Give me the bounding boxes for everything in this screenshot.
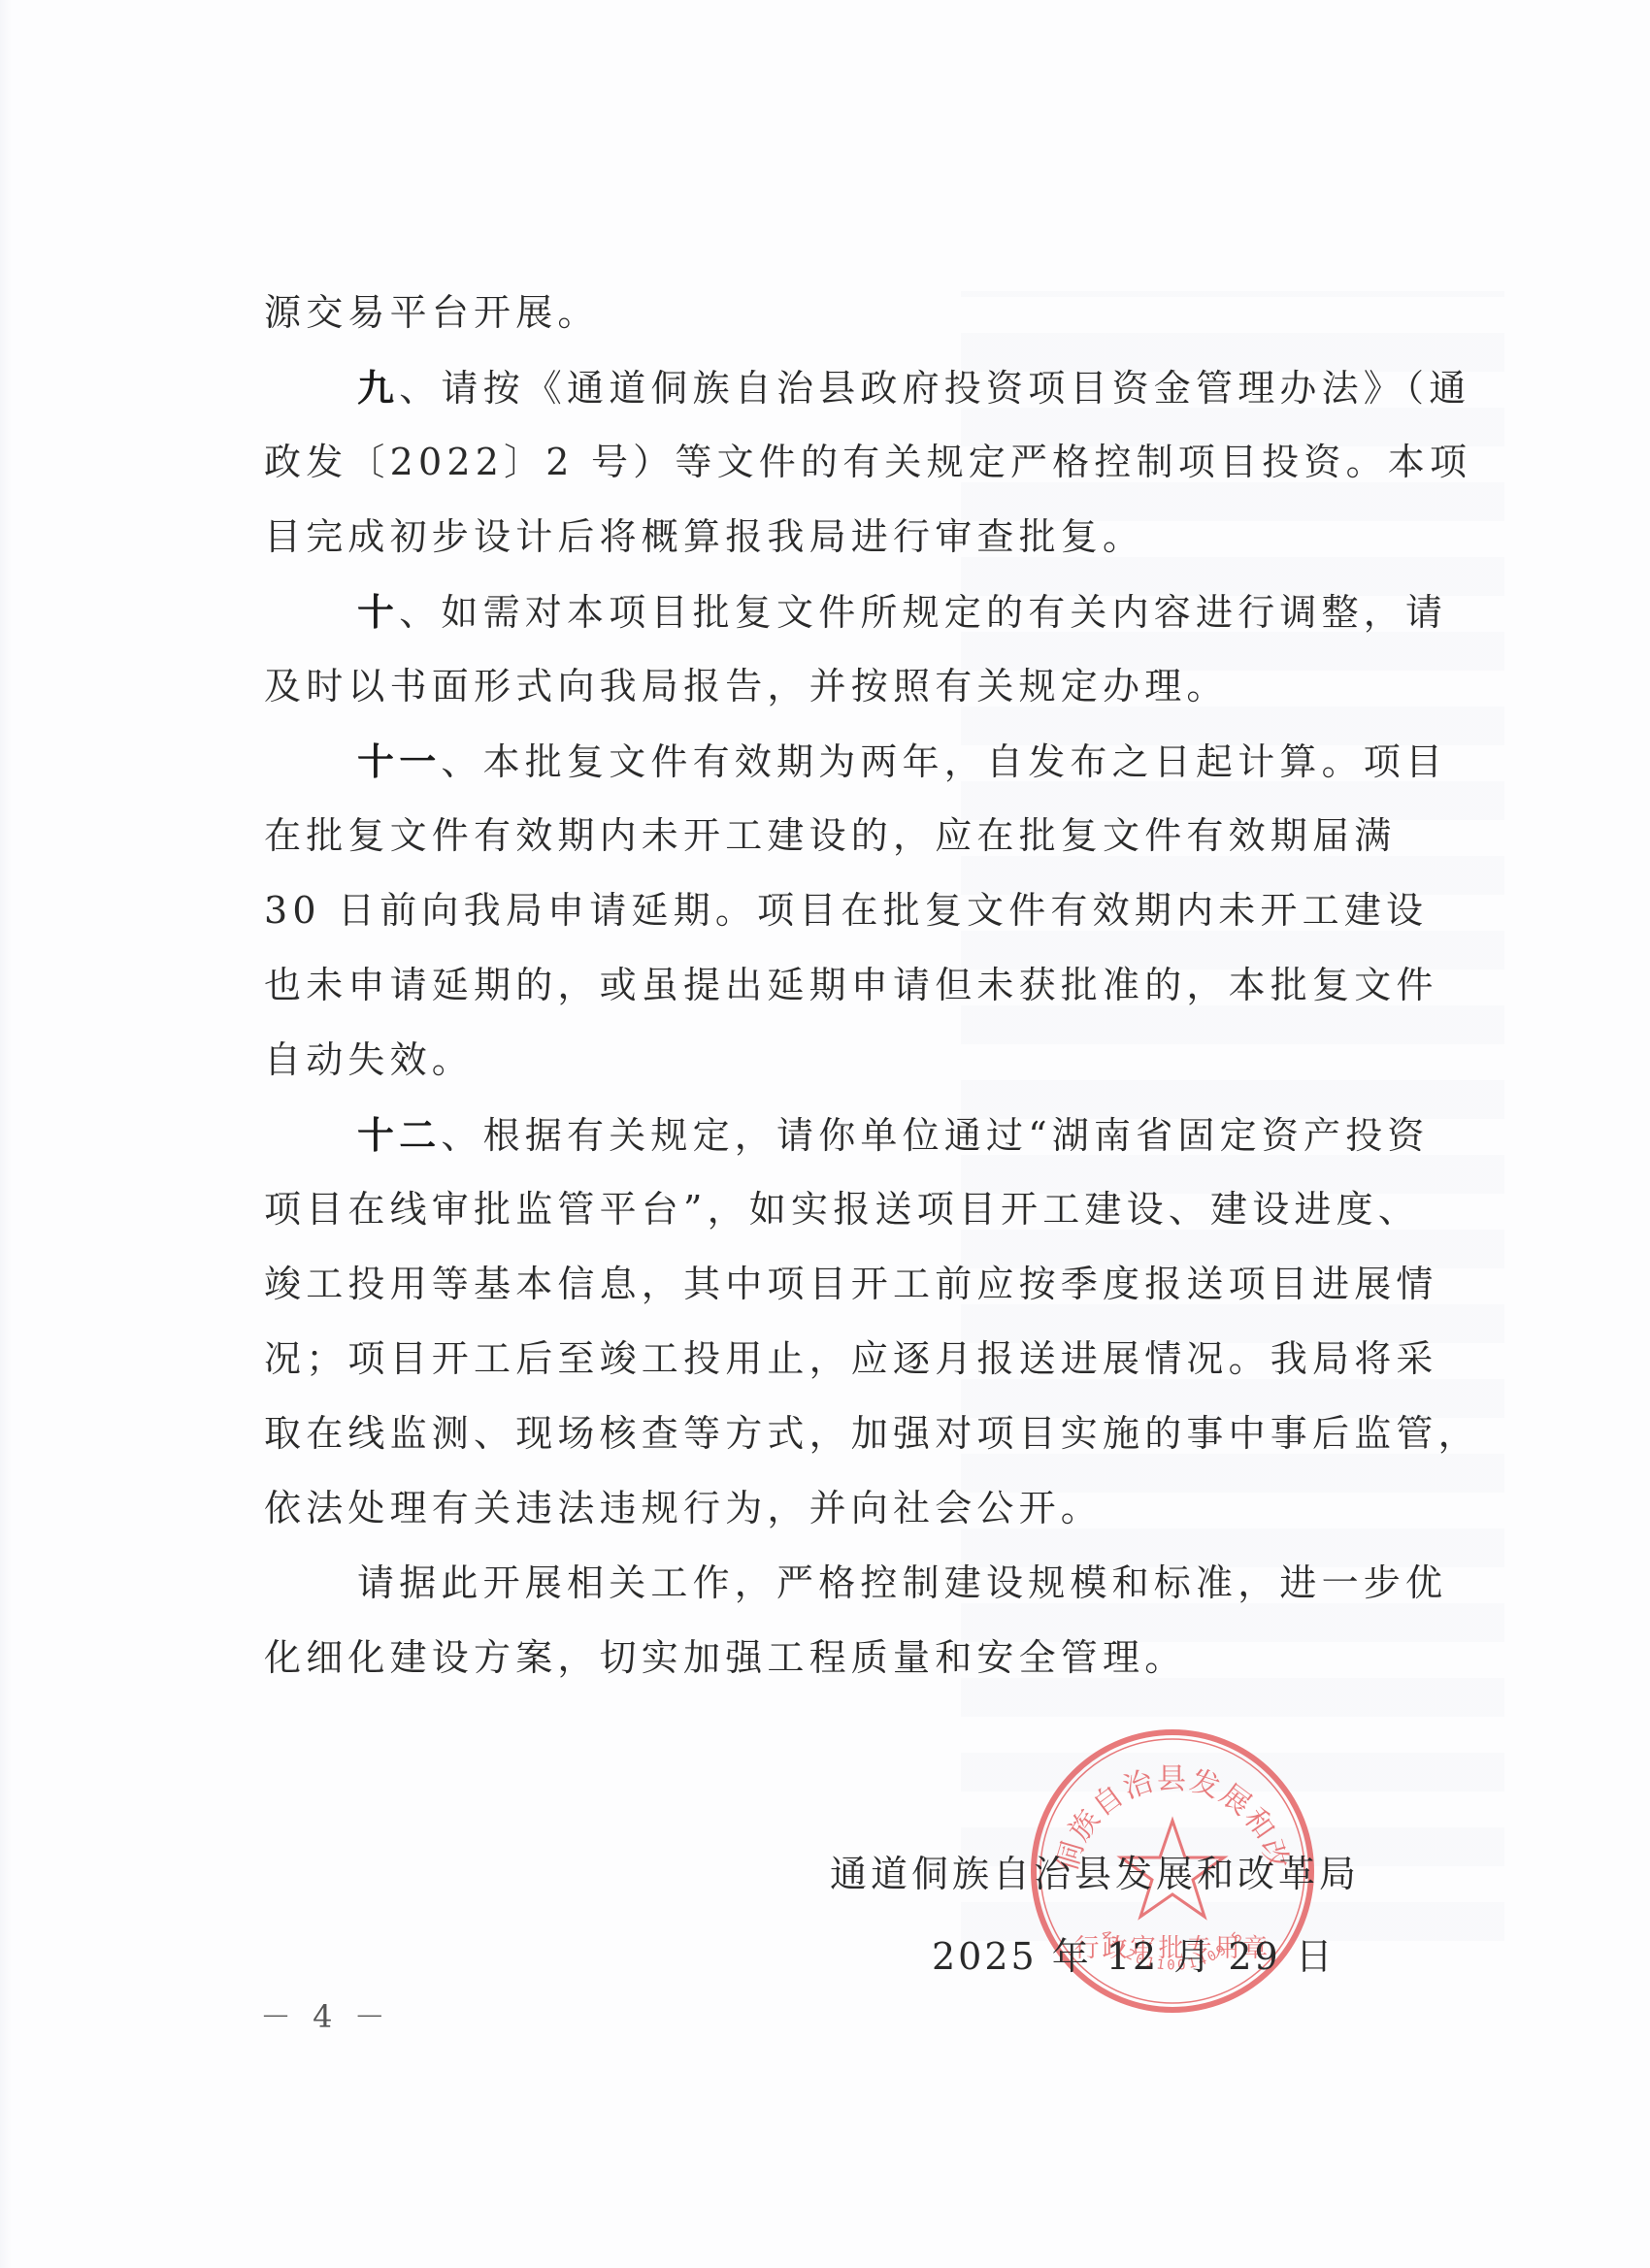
text-line: 自动失效。	[264, 1023, 1468, 1098]
text-line: 及时以书面形式向我局报告，并按照有关规定办理。	[264, 649, 1468, 724]
document-body: 源交易平台开展。 九、请按《通道侗族自治县政府投资项目资金管理办法》（通 政发〔…	[264, 276, 1468, 1695]
text-line: 况；项目开工后至竣工投用止，应逐月报送进展情况。我局将采	[264, 1322, 1468, 1397]
text-line: 取在线监测、现场核查等方式，加强对项目实施的事中事后监管，	[264, 1397, 1468, 1471]
issuing-organization: 通道侗族自治县发展和改革局	[830, 1844, 1360, 1897]
text-line: 请据此开展相关工作，严格控制建设规模和标准，进一步优	[264, 1546, 1468, 1621]
text-line: 30 日前向我局申请延期。项目在批复文件有效期内未开工建设	[264, 873, 1468, 948]
text-line: 化细化建设方案，切实加强工程质量和安全管理。	[264, 1621, 1468, 1695]
paragraph-item-9: 九、请按《通道侗族自治县政府投资项目资金管理办法》（通 政发〔2022〕2 号）…	[264, 350, 1468, 575]
page-number: － 4 －	[260, 1992, 391, 2037]
item-number: 十	[357, 590, 399, 634]
paragraph-closing: 请据此开展相关工作，严格控制建设规模和标准，进一步优 化细化建设方案，切实加强工…	[264, 1546, 1468, 1695]
text-line: 在批复文件有效期内未开工建设的，应在批复文件有效期届满	[264, 799, 1468, 873]
issue-date: 2025 年 12 月 29 日	[932, 1926, 1336, 1980]
paragraph-item-10: 十、如需对本项目批复文件所规定的有关内容进行调整，请 及时以书面形式向我局报告，…	[264, 575, 1468, 724]
item-number: 十二	[357, 1113, 441, 1157]
paragraph-item-12: 十二、根据有关规定，请你单位通过“湖南省固定资产投资 项目在线审批监管平台”，如…	[264, 1098, 1468, 1546]
text-segment: 、如需对本项目批复文件所规定的有关内容进行调整，请	[399, 591, 1447, 634]
text-line: 十、如需对本项目批复文件所规定的有关内容进行调整，请	[264, 575, 1468, 649]
item-number: 十一	[357, 740, 441, 783]
text-line: 十一、本批复文件有效期为两年，自发布之日起计算。项目	[264, 724, 1468, 799]
text-segment: 、请按《通道侗族自治县政府投资项目资金管理办法》（通	[399, 367, 1470, 410]
text-line: 也未申请延期的，或虽提出延期申请但未获批准的，本批复文件	[264, 948, 1468, 1023]
text-segment: 、本批复文件有效期为两年，自发布之日起计算。项目	[441, 740, 1447, 783]
text-line: 依法处理有关违法违规行为，并向社会公开。	[264, 1471, 1468, 1546]
text-line: 目完成初步设计后将概算报我局进行审查批复。	[264, 500, 1468, 575]
document-page: 源交易平台开展。 九、请按《通道侗族自治县政府投资项目资金管理办法》（通 政发〔…	[0, 0, 1650, 2268]
text-segment: 、根据有关规定，请你单位通过“湖南省固定资产投资	[441, 1114, 1429, 1157]
text-line: 九、请按《通道侗族自治县政府投资项目资金管理办法》（通	[264, 350, 1468, 425]
paragraph-continuation: 源交易平台开展。	[264, 276, 1468, 350]
text-line: 源交易平台开展。	[264, 276, 1468, 350]
item-number: 九	[357, 366, 399, 410]
text-line: 十二、根据有关规定，请你单位通过“湖南省固定资产投资	[264, 1098, 1468, 1172]
text-line: 政发〔2022〕2 号）等文件的有关规定严格控制项目投资。本项	[264, 425, 1468, 500]
text-line: 竣工投用等基本信息，其中项目开工前应按季度报送项目进展情	[264, 1247, 1468, 1322]
text-line: 项目在线审批监管平台”，如实报送项目开工建设、建设进度、	[264, 1172, 1468, 1247]
paragraph-item-11: 十一、本批复文件有效期为两年，自发布之日起计算。项目 在批复文件有效期内未开工建…	[264, 724, 1468, 1098]
